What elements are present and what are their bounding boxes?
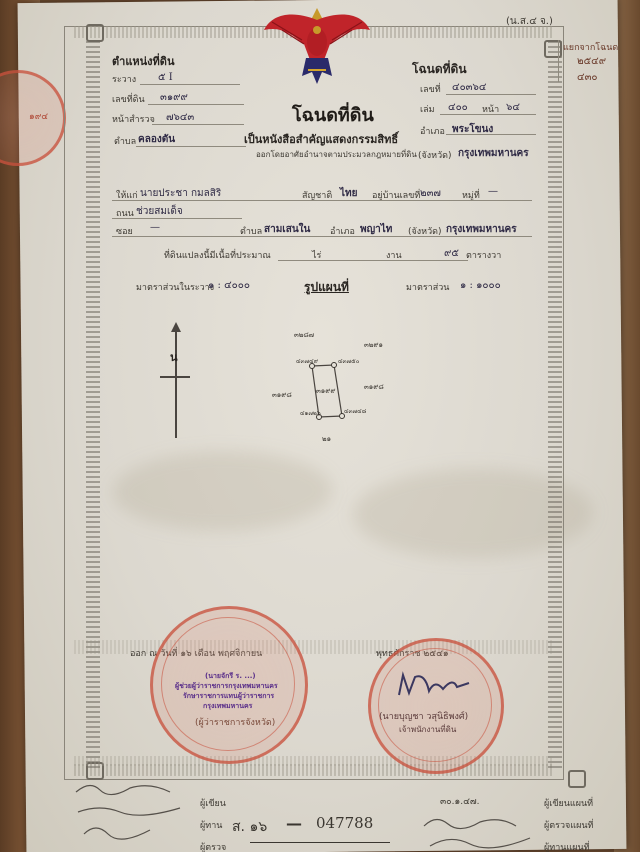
neighbor-parcel: ๒๑	[322, 434, 331, 445]
sheet-scale-label: มาตราส่วนในระวาง	[136, 280, 214, 294]
parcel-no-value: ๓๑๙๙	[160, 90, 188, 105]
checker-label: ผู้ตรวจ	[200, 840, 226, 852]
field-line	[136, 146, 246, 147]
moo-value: —	[488, 186, 498, 197]
document-title: โฉนดที่ดิน	[292, 100, 374, 129]
volume-label: เล่ม	[420, 102, 435, 116]
serial-prefix: ส. ๑๖	[232, 816, 267, 838]
field-line	[152, 124, 244, 125]
neighbor-parcel: ๓๑๙๘	[364, 382, 384, 393]
deed-heading: โฉนดที่ดิน	[412, 60, 467, 79]
writer-label: ผู้เขียน	[200, 796, 226, 810]
map-checker-label: ผู้ตรวจแผนที่	[544, 818, 593, 832]
survey-page-label: หน้าสำรวจ	[112, 112, 155, 126]
signature-line	[250, 842, 390, 843]
sheet-value: ๕ I	[158, 70, 173, 85]
subdistrict-value: คลองตัน	[138, 132, 175, 147]
side-seal-text: ๑๙๔	[29, 109, 48, 123]
form-code: (น.ส.๔ จ.)	[506, 14, 553, 29]
land-location-heading: ตำแหน่งที่ดิน	[112, 52, 174, 70]
sheet-label: ระวาง	[112, 72, 136, 86]
corner-marker-1: ๔๓๗๔๙	[296, 356, 318, 366]
house-no-value: ๒๓๗	[420, 186, 441, 201]
governor-role: (ผู้ว่าราชการจังหวัด)	[195, 715, 275, 729]
page-value: ๖๔	[506, 100, 520, 115]
field-line	[446, 94, 536, 95]
corner-marker-2: ๔๓๗๕๐	[338, 356, 359, 366]
map-title: รูปแผนที่	[304, 278, 349, 297]
document-authority: ออกโดยอาศัยอำนาจตามประมวลกฎหมายที่ดิน	[256, 148, 417, 161]
border-left	[86, 40, 100, 768]
owner-district-value: พญาไท	[360, 222, 392, 237]
field-line	[140, 84, 240, 85]
field-line	[278, 260, 468, 261]
area-label: ที่ดินแปลงนี้มีเนื้อที่ประมาณ	[164, 248, 271, 262]
field-line	[112, 218, 242, 219]
map-scale-value: ๑ : ๑๐๐๐	[460, 278, 501, 293]
field-line	[446, 134, 536, 135]
border-right	[548, 40, 562, 768]
handwritten-signatures	[70, 778, 200, 848]
document-subtitle: เป็นหนังสือสำคัญแสดงกรรมสิทธิ์	[244, 130, 398, 148]
garuda-emblem-icon	[262, 0, 372, 92]
field-line	[148, 104, 244, 105]
road-value: ช่วยสมเด็จ	[136, 204, 183, 219]
signature-icon	[395, 671, 475, 701]
map-writer-label: ผู้เขียนแผนที่	[544, 796, 593, 810]
parcel-number: ๓๑๙๙	[316, 386, 335, 397]
owner-province-value: กรุงเทพมหานคร	[446, 222, 517, 237]
split-from-deed-box: แยกจากโฉนด ๒๕๔๙ ๔๓๐	[558, 40, 625, 82]
serial-number: 047788	[316, 814, 373, 832]
split-from-value-1: ๒๕๔๙	[577, 54, 606, 69]
corner-marker-4: ๔๓๗๔๘	[344, 406, 366, 416]
land-officer-name: (นายบุญชา วสุนิธิพงศ์)	[379, 709, 468, 723]
serial-dash: —	[286, 814, 302, 833]
field-line	[112, 236, 532, 237]
north-label: น	[170, 348, 178, 366]
province-value: กรุงเทพมหานคร	[458, 146, 529, 161]
district-label: อำเภอ	[420, 124, 445, 138]
corner-ornament	[86, 24, 104, 42]
parcel-no-label: เลขที่ดิน	[112, 92, 145, 106]
owner-name: นายประชา กมลสิริ	[140, 186, 221, 201]
subdistrict-label: ตำบล	[114, 134, 136, 148]
map-date: ๓๐.๑.๔๗.	[440, 794, 480, 808]
volume-value: ๔๐๐	[448, 100, 468, 115]
corner-ornament	[568, 770, 586, 788]
land-officer-seal: (นายบุญชา วสุนิธิพงศ์) เจ้าพนักงานที่ดิน	[368, 638, 504, 774]
handwritten-signatures	[420, 810, 540, 850]
wa-value: ๙๕	[444, 246, 459, 261]
map-reviewer-label: ผู้ทานแผนที่	[544, 840, 590, 852]
governor-seal: (นายจักรี ร. ...) ผู้ช่วยผู้ว่าราชการกรุ…	[150, 606, 308, 764]
survey-page-value: ๗๖๔๓	[166, 110, 194, 125]
field-line	[112, 200, 532, 201]
deed-no-label: เลขที่	[420, 82, 441, 96]
neighbor-parcel: ๓๑๙๘	[272, 390, 292, 401]
neighbor-parcel: ๓๒๘๗	[294, 330, 314, 341]
reviewer-label: ผู้ทาน	[200, 818, 222, 832]
land-officer-role: เจ้าพนักงานที่ดิน	[399, 723, 456, 736]
deed-no-value: ๔๐๓๖๔	[452, 80, 486, 95]
field-line	[440, 114, 536, 115]
split-from-label: แยกจากโฉนด	[563, 40, 618, 54]
wa-label: ตารางวา	[466, 248, 501, 262]
sheet-scale-value: ๑ : ๔๐๐๐	[208, 278, 250, 293]
owner-subdistrict-value: สามเสนใน	[264, 222, 310, 237]
split-from-value-2: ๔๓๐	[577, 70, 598, 85]
map-scale-label: มาตราส่วน	[406, 280, 449, 294]
corner-marker-3: ๔๑๗๒๖	[300, 408, 321, 418]
nationality-value: ไทย	[340, 186, 357, 201]
soi-value: —	[150, 222, 160, 233]
neighbor-parcel: ๓๒๙๑	[364, 340, 383, 351]
seal-text: กรุงเทพมหานคร	[203, 701, 252, 712]
province-label: (จังหวัด)	[418, 148, 452, 162]
